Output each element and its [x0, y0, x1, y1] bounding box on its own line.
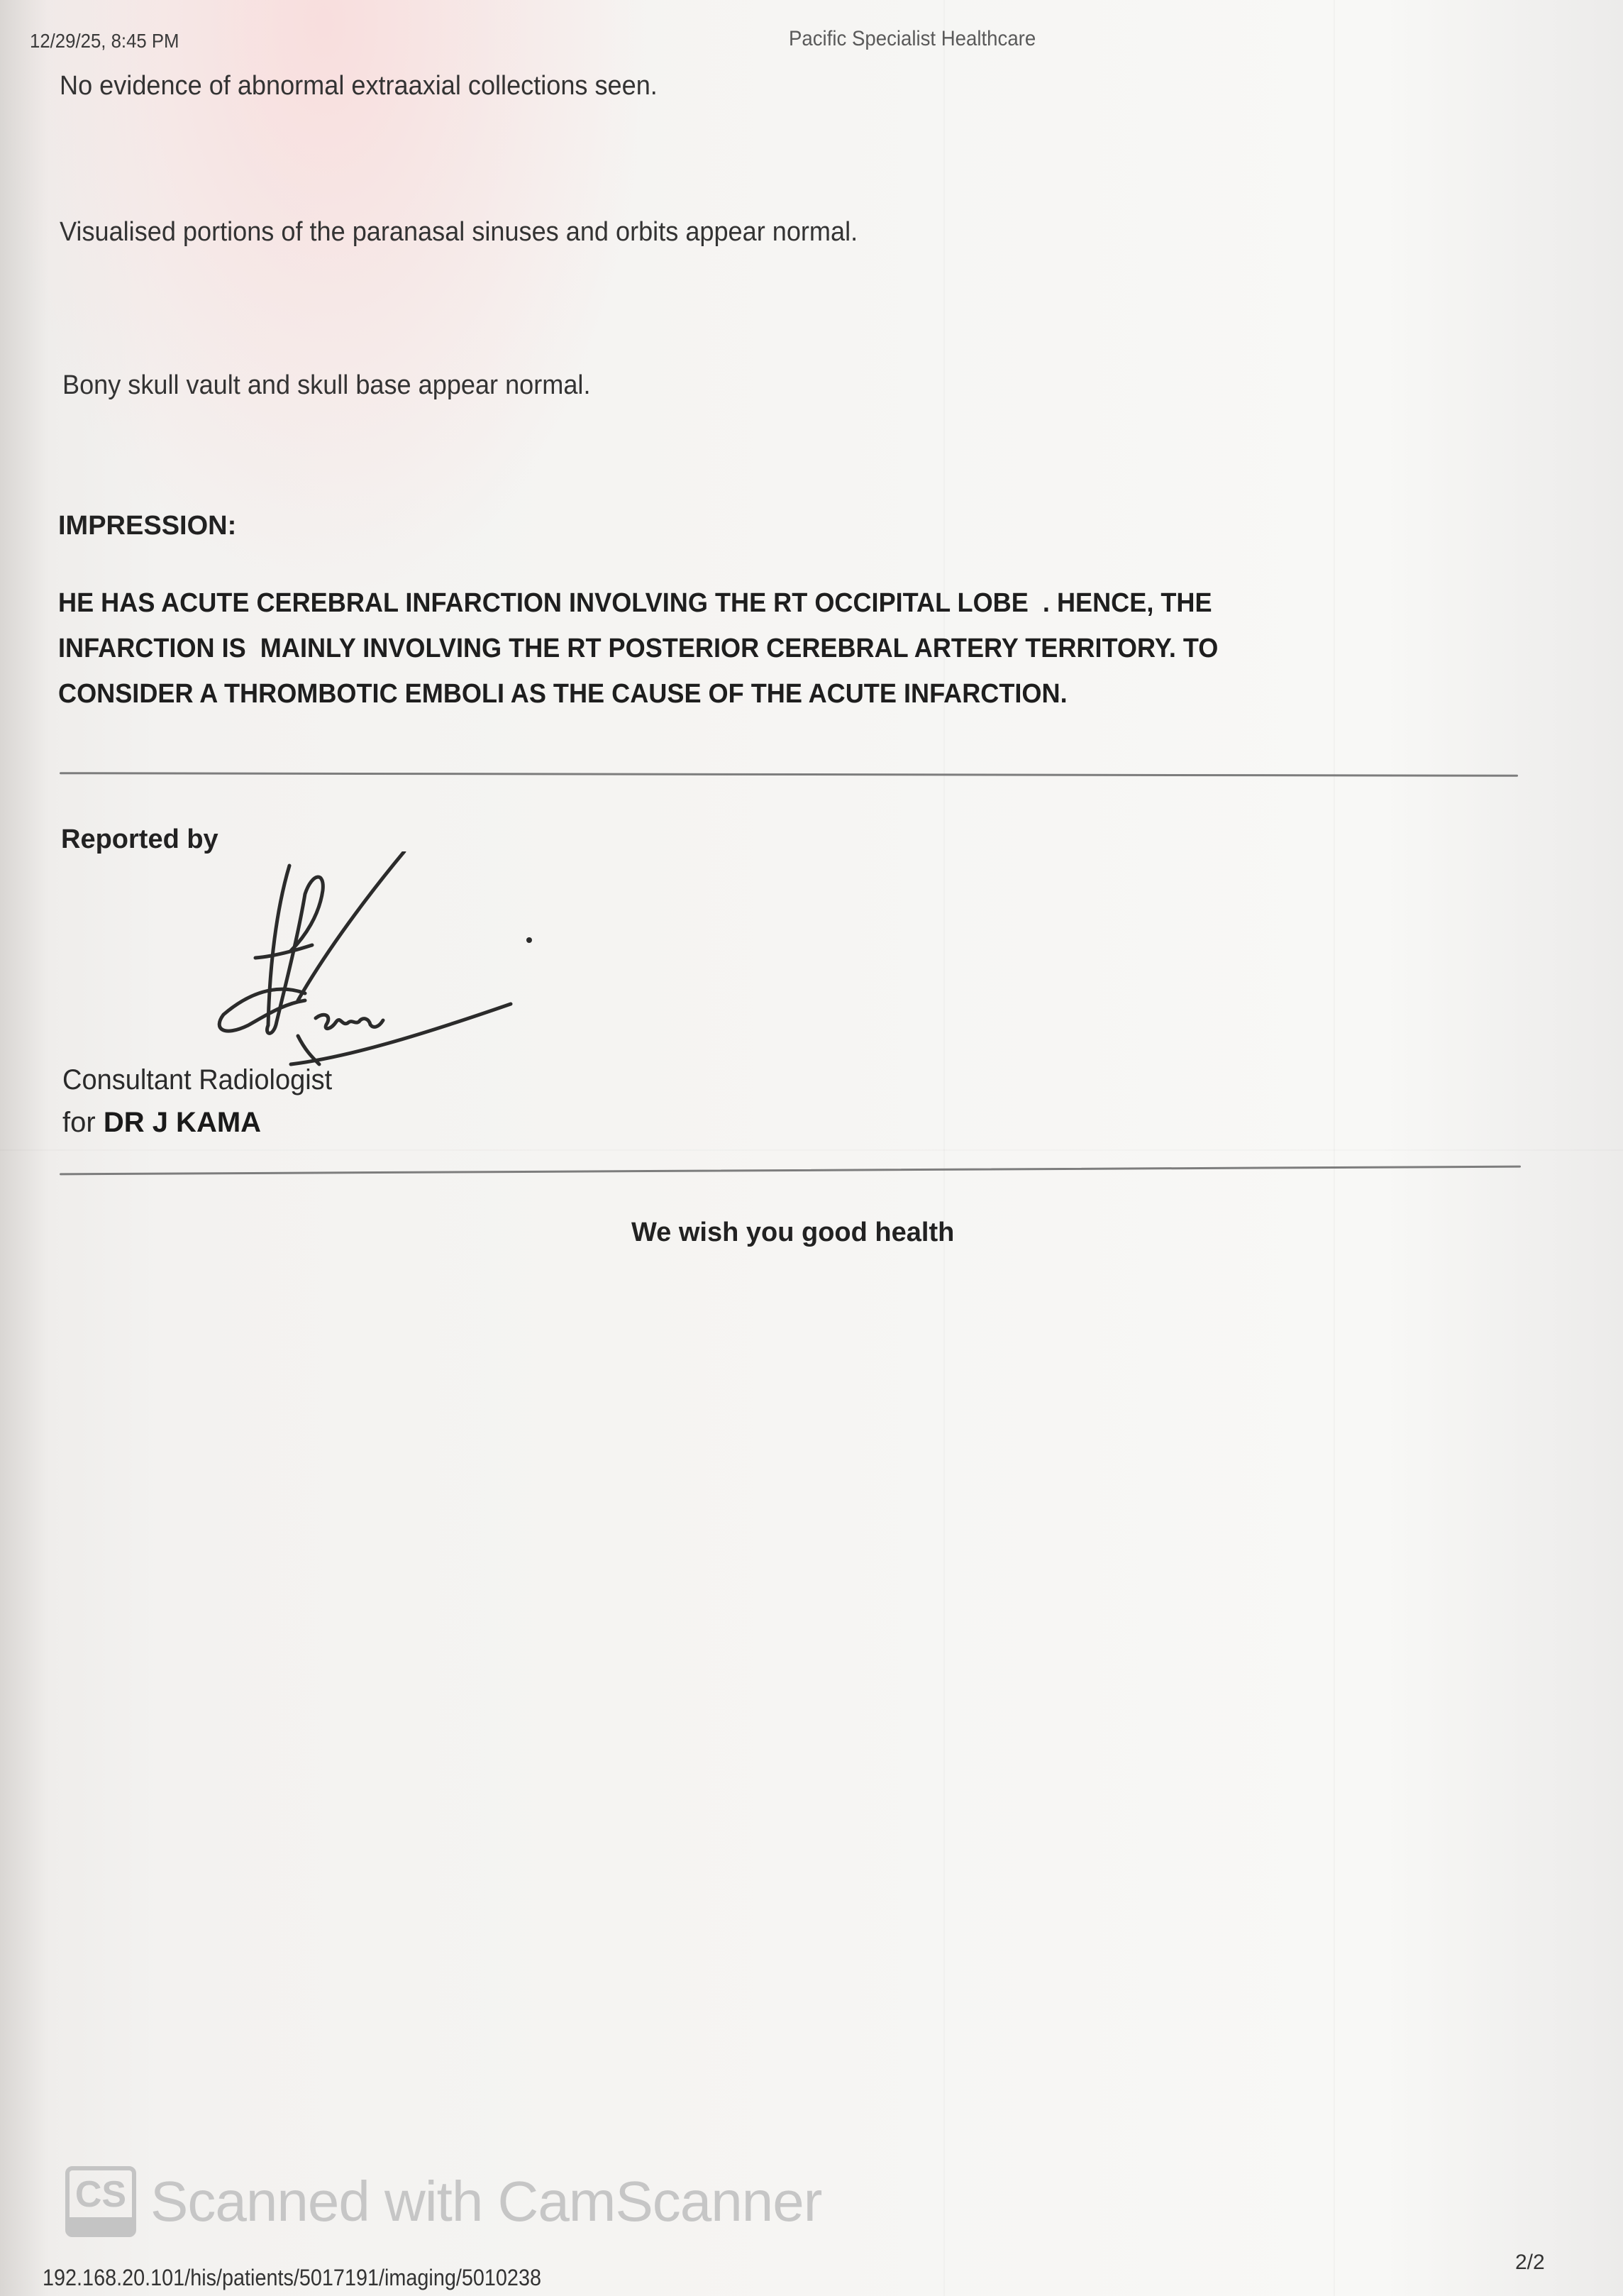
- doctor-name: DR J KAMA: [104, 1107, 261, 1138]
- paper-crease: [943, 0, 945, 2296]
- footer-url: 192.168.20.101/his/patients/5017191/imag…: [43, 2265, 541, 2291]
- impression-heading: IMPRESSION:: [58, 511, 236, 541]
- paper-crease: [0, 1149, 1623, 1151]
- for-prefix: for: [62, 1107, 96, 1138]
- signature-image: [206, 851, 532, 1078]
- impression-line: CONSIDER A THROMBOTIC EMBOLI AS THE CAUS…: [58, 671, 1339, 717]
- impression-text: HE HAS ACUTE CEREBRAL INFARCTION INVOLVI…: [58, 580, 1339, 717]
- divider: [60, 772, 1518, 777]
- camscanner-watermark: CS Scanned with CamScanner: [65, 2166, 821, 2237]
- finding-sinuses: Visualised portions of the paranasal sin…: [60, 217, 858, 248]
- organization-name: Pacific Specialist Healthcare: [789, 27, 1036, 51]
- closing-message: We wish you good health: [631, 1218, 954, 1248]
- impression-line: HE HAS ACUTE CEREBRAL INFARCTION INVOLVI…: [58, 580, 1339, 626]
- impression-line: INFARCTION IS MAINLY INVOLVING THE RT PO…: [58, 626, 1339, 671]
- reporter-role: Consultant Radiologist: [62, 1064, 332, 1096]
- camscanner-logo-icon: CS: [65, 2166, 136, 2237]
- reported-by-label: Reported by: [61, 824, 218, 855]
- paper-crease: [1334, 0, 1335, 2296]
- finding-skull: Bony skull vault and skull base appear n…: [62, 370, 590, 401]
- print-timestamp: 12/29/25, 8:45 PM: [30, 30, 179, 53]
- watermark-text: Scanned with CamScanner: [150, 2169, 821, 2234]
- divider: [60, 1166, 1521, 1176]
- finding-extraaxial: No evidence of abnormal extraaxial colle…: [60, 71, 658, 101]
- page-number: 2/2: [1515, 2251, 1545, 2275]
- reporter-on-behalf: for DR J KAMA: [62, 1107, 261, 1139]
